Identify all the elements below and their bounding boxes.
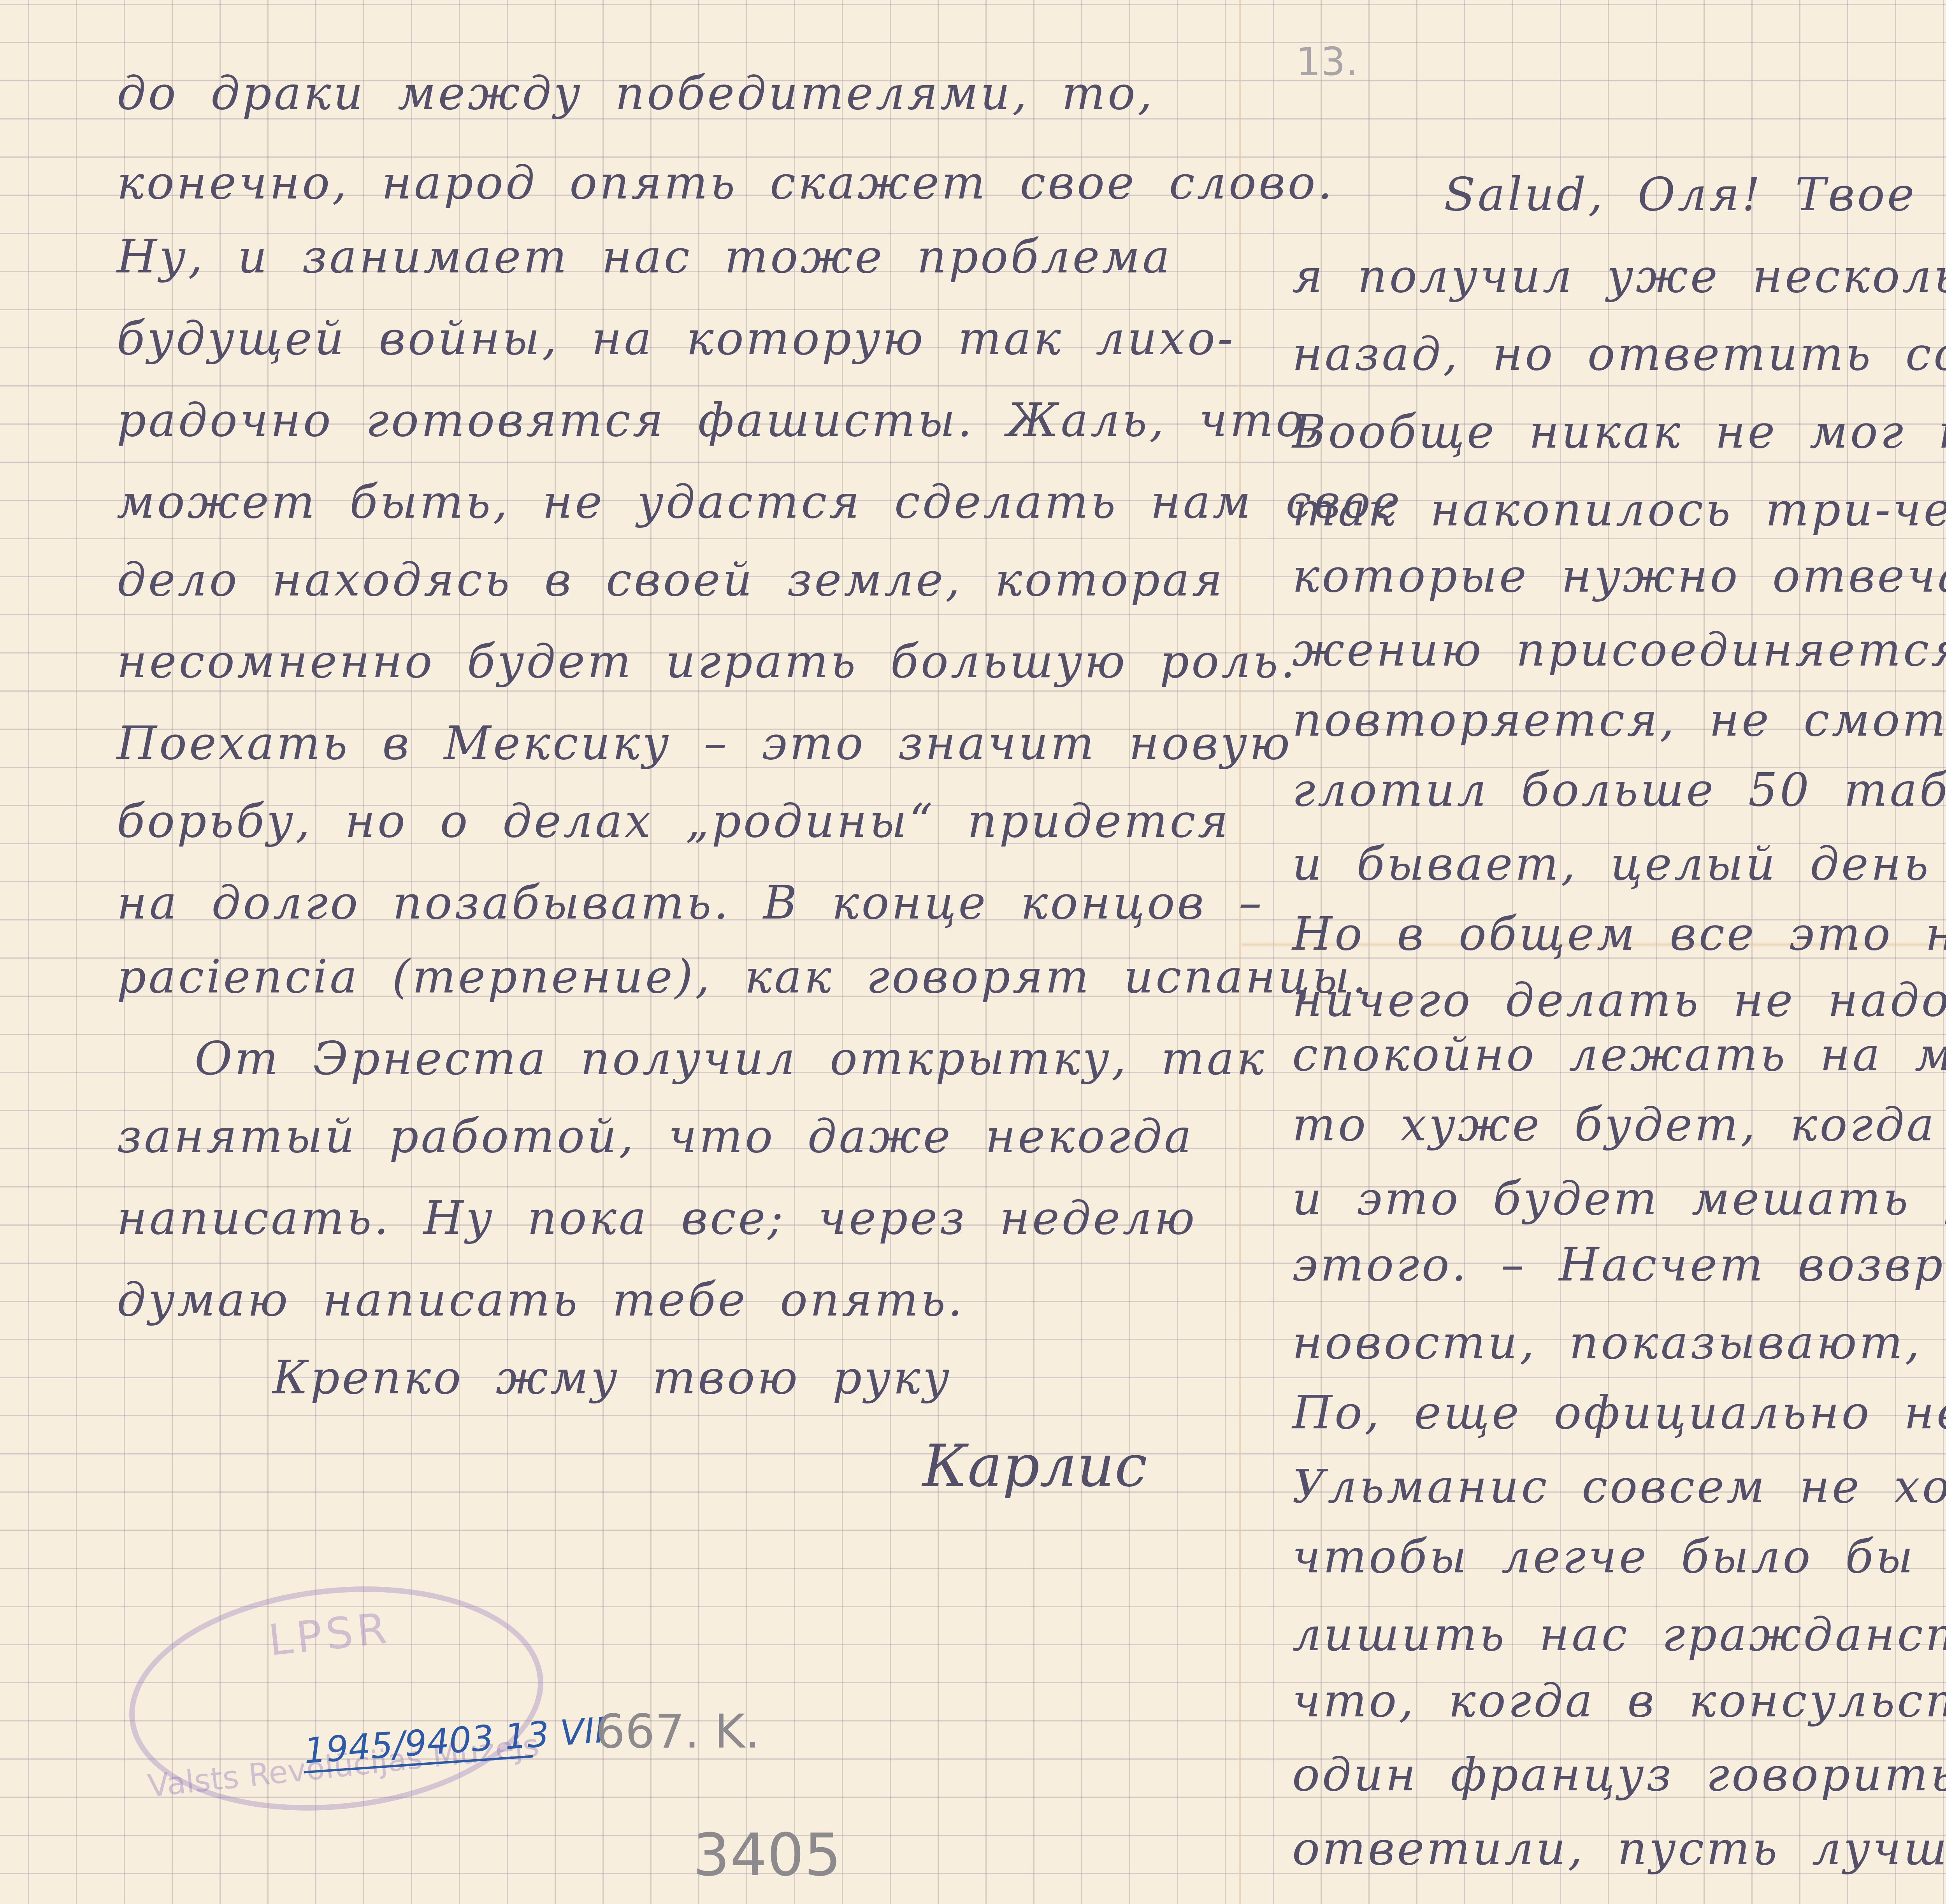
text-line: От Эрнеста получил открытку, так — [195, 1031, 1266, 1085]
greeting-line: Salud, Оля! Твое письмо от 16. VII — [1444, 167, 1946, 221]
text-line: Вообще никак не мог присесть и — [1292, 405, 1946, 458]
text-line: может быть, не удастся сделать нам свое — [117, 475, 1402, 529]
text-line: повторяется, не смотря на то, что уже пр… — [1292, 693, 1946, 746]
text-line: Ну, и занимает нас тоже проблема — [117, 230, 1172, 283]
text-line: будущей войны, на которую так лихо- — [117, 311, 1235, 365]
text-line: лишить нас гражданства. Кроме того мы уз… — [1292, 1607, 1946, 1661]
text-line: ничего делать не надо, так что можно — [1292, 973, 1946, 1027]
text-line: дело находясь в своей земле, которая — [117, 553, 1225, 606]
text-line: Ульманис совсем не хочет нас там, и — [1292, 1460, 1946, 1513]
page-number: 13. — [1296, 39, 1358, 84]
text-line: занятый работой, что даже некогда — [117, 1109, 1194, 1163]
text-line: на долго позабывать. В конце концов – — [117, 876, 1264, 929]
text-line: конечно, народ опять скажет свое слово. — [117, 156, 1335, 209]
right-page: 13. Gurs, 11. VIII Salud, Оля! Твое пись… — [1242, 0, 1946, 1904]
left-page: до драки между победителями, то, конечно… — [0, 0, 1238, 1904]
text-line: которые нужно отвечать. К душевному поло… — [1292, 549, 1946, 602]
text-line: борьбу, но о делах „родины“ придется — [117, 794, 1231, 848]
text-line: и бывает, целый день нельзя вставать. — [1292, 837, 1946, 891]
text-line: я получил уже несколько дней тому — [1292, 249, 1946, 303]
closing-line: Крепко жму твою руку — [272, 1351, 952, 1404]
text-line: думаю написать тебе опять. — [117, 1273, 965, 1326]
pencil-note: 3405 — [693, 1821, 841, 1889]
text-line: назад, но ответить собирался только тепе… — [1292, 327, 1946, 381]
text-line: спокойно лежать на мешок. Если подумать, — [1292, 1028, 1946, 1081]
text-line: то хуже будет, когда все-таки выйдем отс… — [1292, 1098, 1946, 1151]
museum-stamp: LPSR Valsts Revolūcijas Muzejs — [118, 1567, 555, 1830]
text-line: один француз говорить о нас, там ему — [1292, 1748, 1946, 1801]
text-line: paciencia (терпение), как говорят испанц… — [117, 950, 1369, 1003]
text-line: Поехать в Мексику – это значит новую — [117, 716, 1292, 770]
text-line: ответили, пусть лучше не вмешивается в д… — [1292, 1821, 1946, 1875]
signature: Карлис — [922, 1432, 1147, 1500]
text-line: и это будет мешать работать. Но, к черту… — [1292, 1172, 1946, 1225]
text-line: жению присоединяется плохо здоровье. Мал… — [1292, 623, 1946, 676]
text-line: По, еще официально не сообщенным, сведен… — [1292, 1386, 1946, 1439]
text-line: глотил больше 50 таблеток хинина. Болят … — [1292, 763, 1946, 817]
text-line: что, когда в консульстве в Париже пришел — [1292, 1674, 1946, 1727]
text-line: так накопилось три-четыре письма, на — [1292, 483, 1946, 536]
text-line: Но в общем все это ничего, ведь все равн… — [1292, 907, 1946, 961]
text-line: до драки между победителями, то, — [117, 66, 1154, 120]
text-line: радочно готовятся фашисты. Жаль, что, — [117, 393, 1323, 447]
text-line: новости, показывают, что мы пересчиталис… — [1292, 1316, 1946, 1369]
text-line: написать. Ну пока все; через неделю — [117, 1191, 1197, 1245]
text-line: чтобы легче было бы отказать в'езд, соби… — [1292, 1530, 1946, 1583]
pencil-note: 667. K. — [595, 1705, 760, 1759]
stamp-top-text: LPSR — [126, 1588, 534, 1680]
text-line: этого. – Насчет возвращения в Латвию пос… — [1292, 1238, 1946, 1291]
text-line: несомненно будет играть большую роль. — [117, 634, 1297, 688]
